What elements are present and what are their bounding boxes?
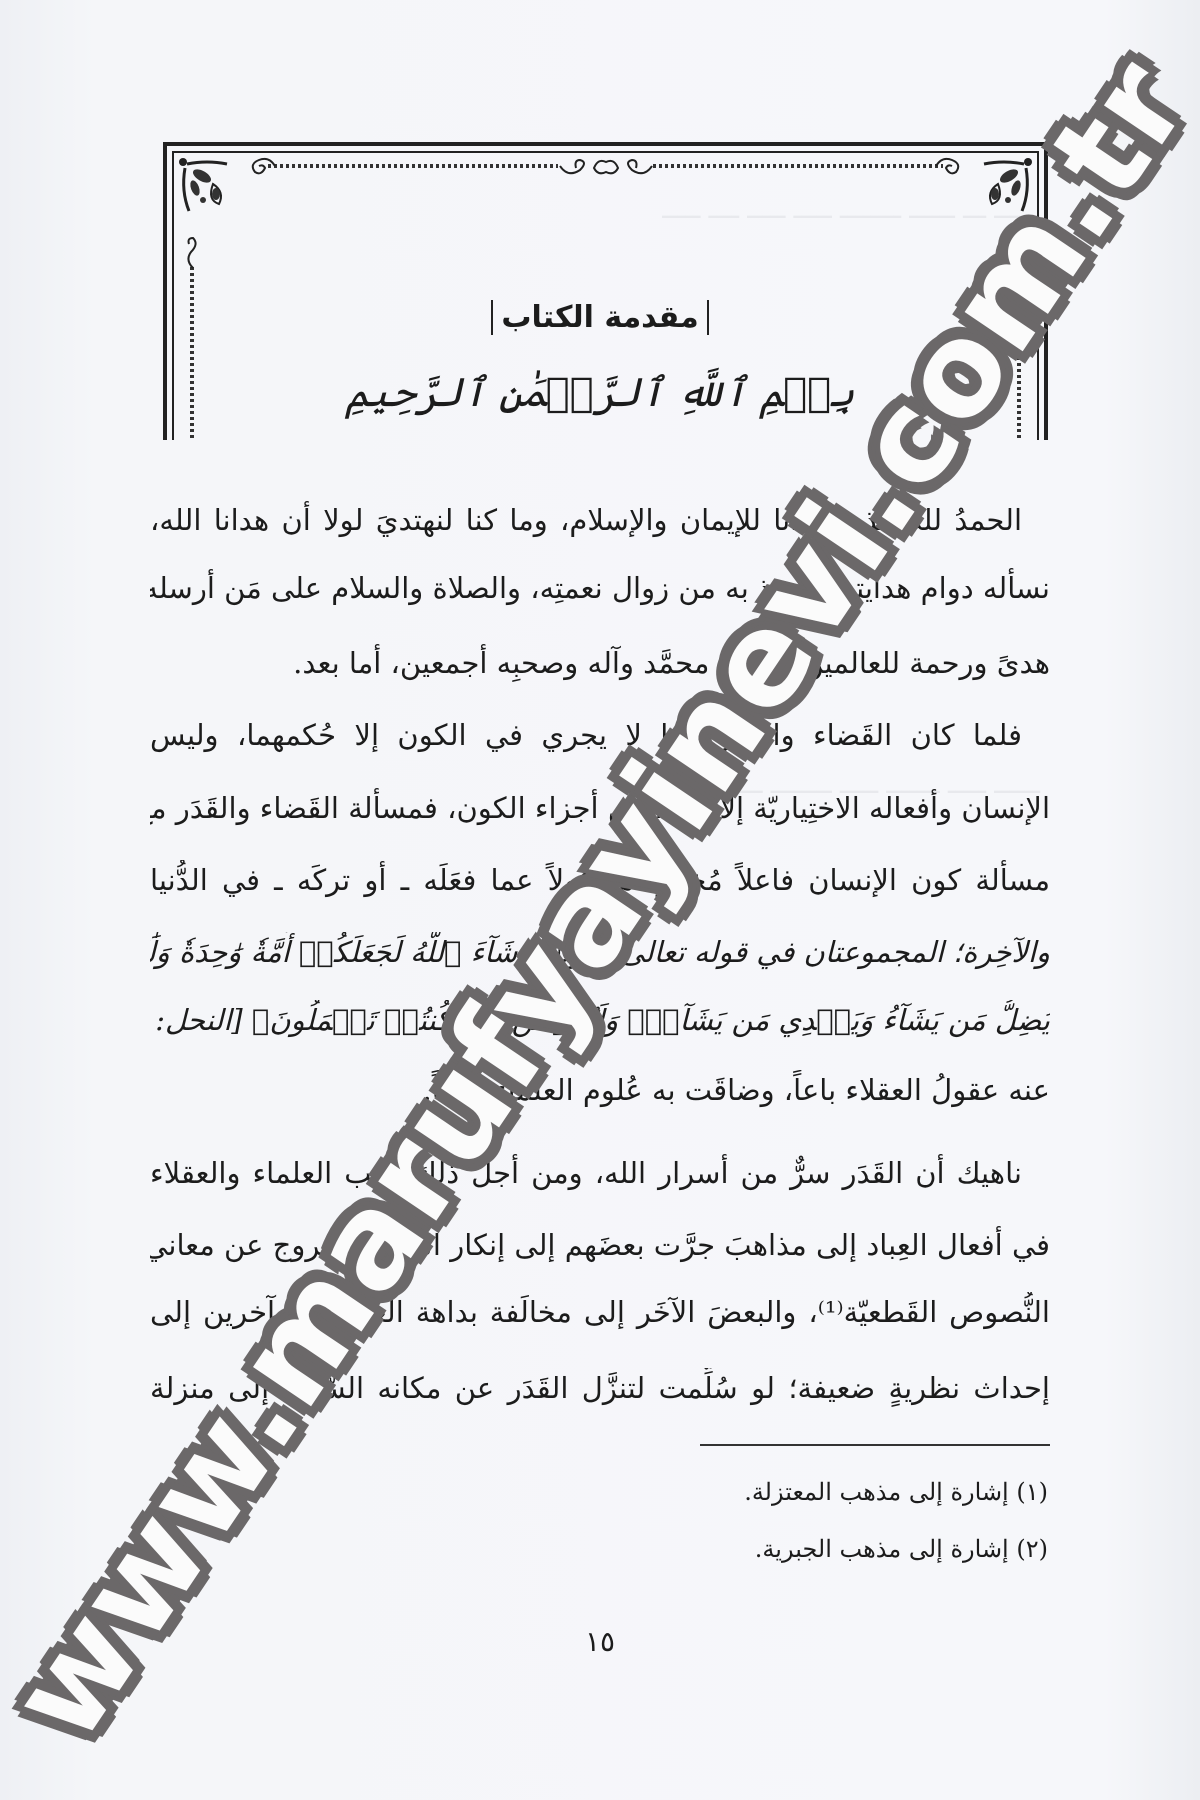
text-line: فلما كان القَضاء والقَدَر مما لا يجري في… <box>150 715 1050 755</box>
frame-dotted-rule-right <box>653 164 943 168</box>
footnote-1: (١) إشارة إلى مذهب المعتزلة. <box>744 1478 1048 1506</box>
scroll-ornament-icon <box>241 154 277 178</box>
text-line: ناهيك أن القَدَر سرٌّ من أسرار الله، ومن… <box>150 1153 1050 1193</box>
scroll-ornament-icon <box>934 154 970 178</box>
footnote-2: (٢) إشارة إلى مذهب الجبرية. <box>755 1535 1048 1563</box>
floral-corner-icon <box>177 156 247 226</box>
footnote-marker: (٢) <box>1016 1535 1048 1563</box>
frame-dotted-rule-left <box>268 164 558 168</box>
chapter-heading-text: مقدمة الكتاب <box>491 300 708 335</box>
text-line: هدىً ورحمة للعالمين، سيدنا محمَّد وآله و… <box>150 643 1050 683</box>
footnote-text: إشارة إلى مذهب المعتزلة. <box>744 1478 1009 1506</box>
book-page: ــــــ ـــ ــــــ ــــــــ ـــــ ـــــ ـ… <box>0 0 1200 1800</box>
footnote-marker: (١) <box>1016 1478 1048 1506</box>
scroll-ornament-icon <box>183 234 203 270</box>
footnote-text: إشارة إلى مذهب الجبرية. <box>755 1535 1009 1563</box>
center-scroll-ornament-icon <box>558 154 654 180</box>
footnote-separator <box>700 1444 1050 1446</box>
text-line: نسأله دوام هدايته، ونعوذ به من زوال نعمت… <box>150 568 1050 608</box>
text-line: عنه عقولُ العقلاء باعاً، وضاقَت به عُلوم… <box>150 1070 1050 1110</box>
